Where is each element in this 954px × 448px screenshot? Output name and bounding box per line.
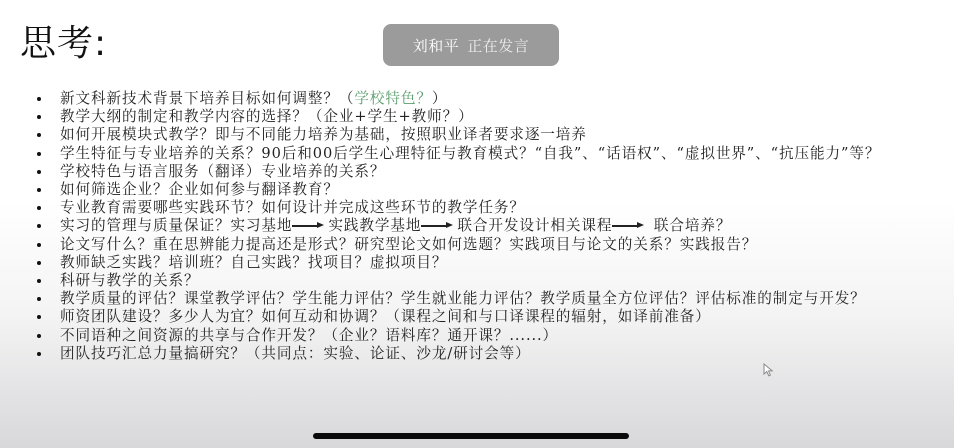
item-text: 教学大纲的制定和教学内容的选择？（企业+学生+教师？） xyxy=(60,108,474,125)
bullet-icon xyxy=(37,297,41,301)
bullet-icon xyxy=(37,352,41,356)
home-indicator-bar[interactable] xyxy=(313,433,629,439)
item-text: 学校特色与语言服务（翻译）专业培养的关系？ xyxy=(60,163,385,180)
speaker-name: 刘和平 xyxy=(413,35,460,56)
list-item: 团队技巧汇总力量搞研究？（共同点：实验、论证、沙龙/研讨会等） xyxy=(30,345,930,363)
bullet-icon xyxy=(37,261,41,265)
slide-title: 思考: xyxy=(20,22,107,66)
item-text: 团队技巧汇总力量搞研究？（共同点：实验、论证、沙龙/研讨会等） xyxy=(60,345,531,362)
arrow-right-icon xyxy=(421,221,453,231)
bullet-icon xyxy=(37,315,41,319)
bullet-icon xyxy=(37,224,41,228)
bullet-icon xyxy=(37,97,41,101)
item-text: 实践教学基地 xyxy=(328,217,421,234)
list-item: 实习的管理与质量保证？实习基地实践教学基地联合开发设计相关课程 联合培养？ xyxy=(30,217,930,235)
list-item: 科研与教学的关系？ xyxy=(30,272,930,290)
bullet-icon xyxy=(37,188,41,192)
item-text: 不同语种之间资源的共享与合作开发？（企业？语料库？通开课？......） xyxy=(60,327,558,344)
item-accent-text: 学校特色？ xyxy=(354,90,431,107)
arrow-right-icon xyxy=(612,221,644,231)
item-text: 专业教育需要哪些实践环节？如何设计并完成这些环节的教学任务？ xyxy=(60,199,525,216)
mouse-pointer-icon xyxy=(763,363,775,377)
bullet-icon xyxy=(37,279,41,283)
item-text: 如何开展模块式教学？即与不同能力培养为基础，按照职业译者要求逐一培养 xyxy=(60,126,587,143)
list-item: 专业教育需要哪些实践环节？如何设计并完成这些环节的教学任务？ xyxy=(30,199,930,217)
list-item: 教师缺乏实践？培训班？自己实践？找项目？虚拟项目？ xyxy=(30,254,930,272)
list-item: 教学质量的评估？课堂教学评估？学生能力评估？学生就业能力评估？教学质量全方位评估… xyxy=(30,290,930,308)
list-item: 学校特色与语言服务（翻译）专业培养的关系？ xyxy=(30,163,930,181)
item-text: 如何筛选企业？企业如何参与翻译教育？ xyxy=(60,181,339,198)
list-item: 如何开展模块式教学？即与不同能力培养为基础，按照职业译者要求逐一培养 xyxy=(30,126,930,144)
speaker-status: 正在发言 xyxy=(467,35,529,56)
item-text: 教学质量的评估？课堂教学评估？学生能力评估？学生就业能力评估？教学质量全方位评估… xyxy=(60,290,866,307)
arrow-right-icon xyxy=(292,221,324,231)
bullet-icon xyxy=(37,206,41,210)
bullet-icon xyxy=(37,170,41,174)
bullet-icon xyxy=(37,334,41,338)
item-text: 论文写什么？重在思辨能力提高还是形式？研究型论文如何选题？实践项目与论文的关系？… xyxy=(60,236,757,253)
bullet-icon xyxy=(37,115,41,119)
list-item: 新文科新技术背景下培养目标如何调整？（学校特色？） xyxy=(30,90,930,108)
bullet-icon xyxy=(37,243,41,247)
item-text: 教师缺乏实践？培训班？自己实践？找项目？虚拟项目？ xyxy=(60,254,447,271)
item-text: 联合培养？ xyxy=(654,217,731,234)
list-item: 论文写什么？重在思辨能力提高还是形式？研究型论文如何选题？实践项目与论文的关系？… xyxy=(30,236,930,254)
bullet-icon xyxy=(37,133,41,137)
item-text: 师资团队建设？多少人为宜？如何互动和协调？（课程之间和与口译课程的辐射，如译前准… xyxy=(60,308,711,325)
list-item: 师资团队建设？多少人为宜？如何互动和协调？（课程之间和与口译课程的辐射，如译前准… xyxy=(30,308,930,326)
item-text: 科研与教学的关系？ xyxy=(60,272,199,289)
list-item: 不同语种之间资源的共享与合作开发？（企业？语料库？通开课？......） xyxy=(30,327,930,345)
item-text: 学生特征与专业培养的关系？90后和00后学生心理特征与教育模式？“自我”、“话语… xyxy=(60,145,880,162)
list-item: 教学大纲的制定和教学内容的选择？（企业+学生+教师？） xyxy=(30,108,930,126)
item-text: 联合开发设计相关课程 xyxy=(457,217,612,234)
question-list: 新文科新技术背景下培养目标如何调整？（学校特色？） 教学大纲的制定和教学内容的选… xyxy=(30,90,930,363)
item-text: 新文科新技术背景下培养目标如何调整？（ xyxy=(60,90,354,107)
list-item: 学生特征与专业培养的关系？90后和00后学生心理特征与教育模式？“自我”、“话语… xyxy=(30,145,930,163)
list-item: 如何筛选企业？企业如何参与翻译教育？ xyxy=(30,181,930,199)
item-text-tail: ） xyxy=(432,90,448,107)
bullet-icon xyxy=(37,152,41,156)
active-speaker-badge: 刘和平 正在发言 xyxy=(383,24,559,66)
item-text: 实习的管理与质量保证？实习基地 xyxy=(60,217,292,234)
